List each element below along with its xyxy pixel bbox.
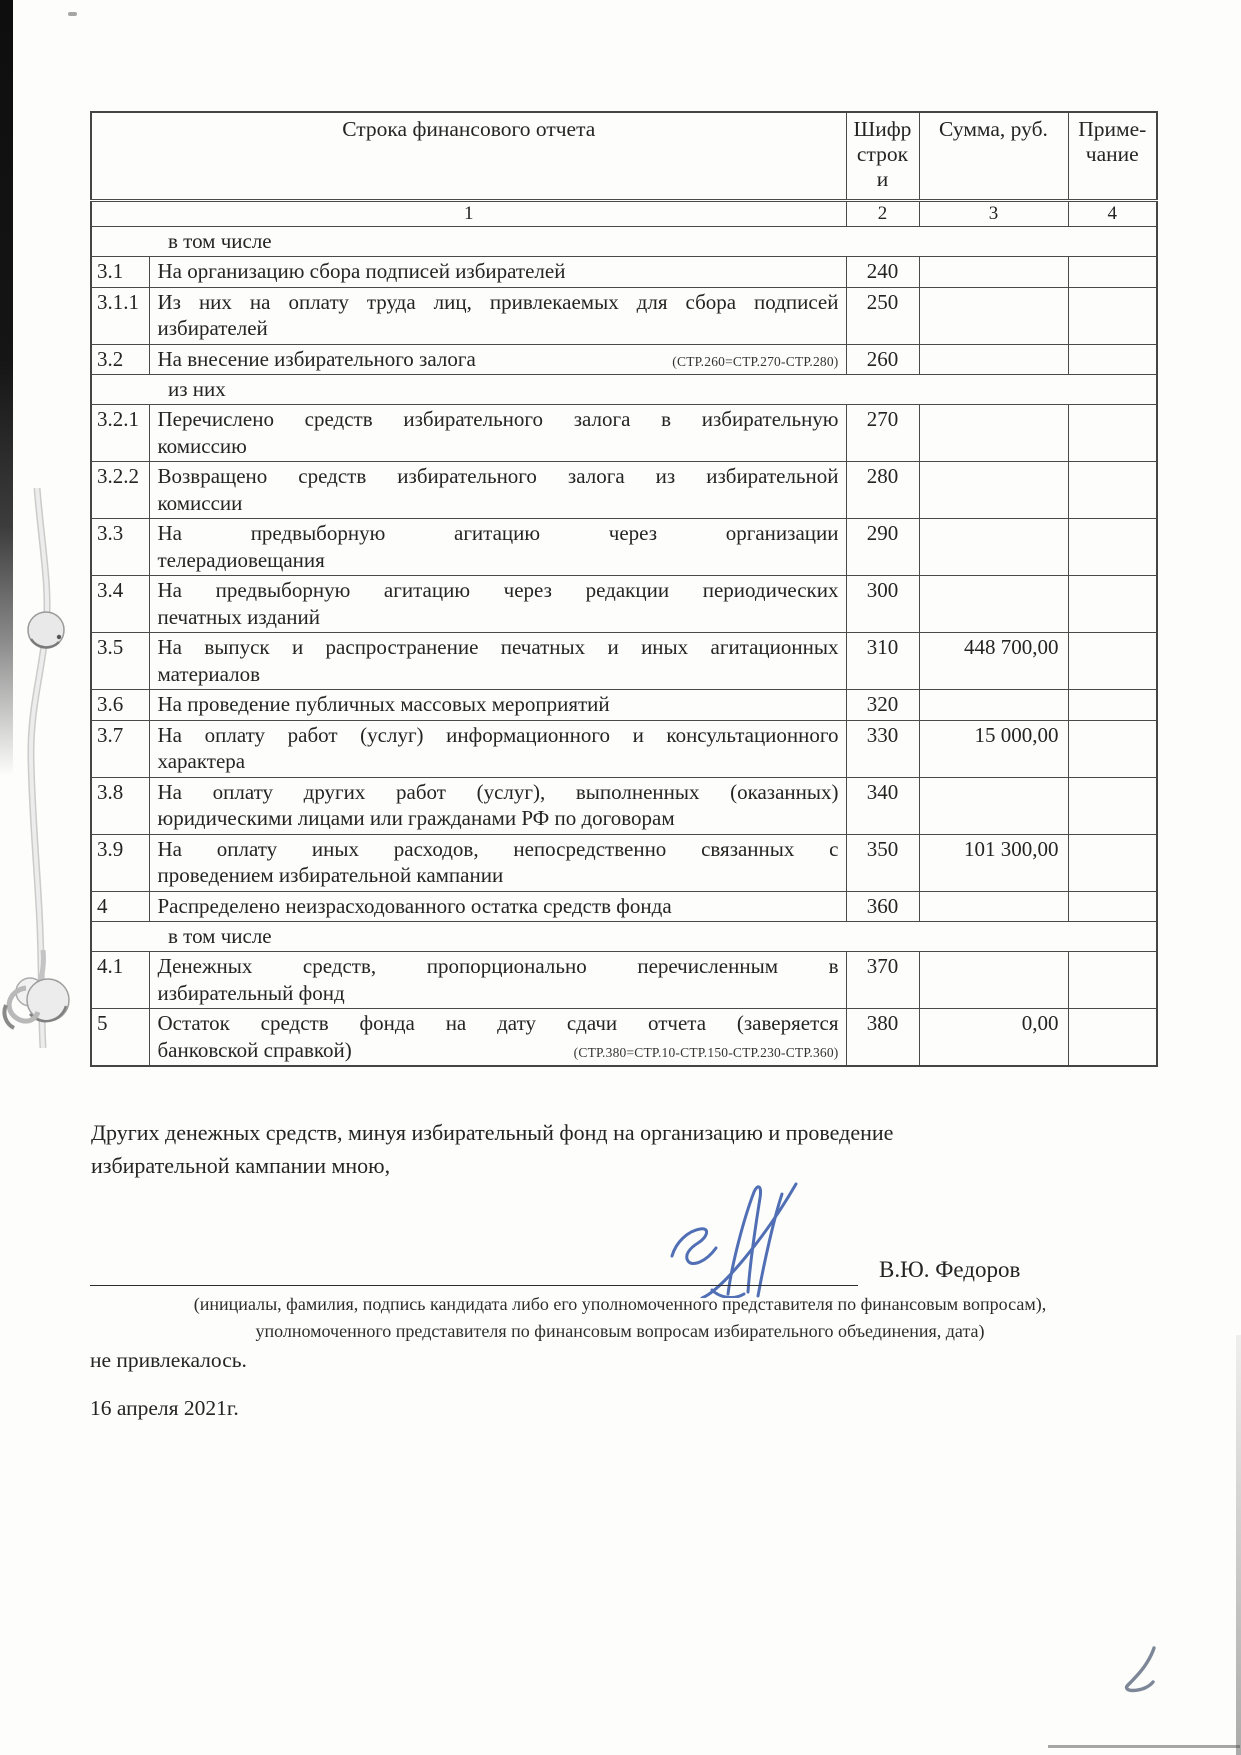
row-number: 3.4 — [91, 576, 149, 633]
row-description: На оплату работ (услуг) информационного … — [149, 720, 846, 777]
table-row: 3.2.2Возвращено средств избирательного з… — [91, 462, 1157, 519]
note-cell — [1068, 287, 1157, 344]
section-label: в том числе — [91, 227, 1157, 257]
header-note: Приме­чание — [1068, 112, 1157, 201]
row-text-line: Остаток средств фонда на дату сдачи отче… — [158, 1010, 839, 1037]
note-cell — [1068, 633, 1157, 690]
amount-value — [919, 952, 1068, 1009]
row-description: На внесение избирательного залога(СТР.26… — [149, 344, 846, 375]
note-cell — [1068, 405, 1157, 462]
line-code: 270 — [846, 405, 919, 462]
note-cell — [1068, 720, 1157, 777]
row-number: 3.1.1 — [91, 287, 149, 344]
row-text-line: Из них на оплату труда лиц, привлекаемых… — [158, 289, 839, 316]
note-cell — [1068, 257, 1157, 288]
note-cell — [1068, 344, 1157, 375]
row-description: На оплату иных расходов, непосредственно… — [149, 834, 846, 891]
closing-paragraph: Других денежных средств, минуя избирател… — [91, 1116, 1071, 1182]
row-text-line: избирателей — [158, 315, 839, 342]
row-number: 3.7 — [91, 720, 149, 777]
amount-value — [919, 405, 1068, 462]
line-code: 320 — [846, 690, 919, 721]
line-code: 260 — [846, 344, 919, 375]
scan-edge-right-strip — [1236, 1335, 1241, 1755]
amount-value — [919, 576, 1068, 633]
column-number: 3 — [919, 201, 1068, 227]
amount-value: 0,00 — [919, 1009, 1068, 1067]
amount-value: 15 000,00 — [919, 720, 1068, 777]
amount-value — [919, 344, 1068, 375]
header-report-line: Строка финансового отчета — [91, 112, 846, 201]
note-cell — [1068, 891, 1157, 922]
row-number: 3.6 — [91, 690, 149, 721]
amount-value — [919, 690, 1068, 721]
row-number: 3.1 — [91, 257, 149, 288]
header-line-code: Шифр строки — [846, 112, 919, 201]
row-number: 3.8 — [91, 777, 149, 834]
table-row: 3.1На организацию сбора подписей избират… — [91, 257, 1157, 288]
row-text-line: На проведение публичных массовых меропри… — [158, 691, 839, 718]
row-text-line: избирательный фонд — [158, 980, 839, 1007]
row-text-line: юридическими лицами или гражданами РФ по… — [158, 805, 839, 832]
row-description: Денежных средств, пропорционально перечи… — [149, 952, 846, 1009]
note-cell — [1068, 519, 1157, 576]
row-text-line: На выпуск и распространение печатных и и… — [158, 634, 839, 661]
scan-edge-bottom-line — [1048, 1745, 1240, 1748]
row-description: На оплату других работ (услуг), выполнен… — [149, 777, 846, 834]
table-section-row: в том числе — [91, 922, 1157, 952]
table-row: 3.7На оплату работ (услуг) информационно… — [91, 720, 1157, 777]
line-code: 290 — [846, 519, 919, 576]
conclusion-text: не привлекалось. — [90, 1348, 247, 1373]
formula-note: (СТР.260=СТР.270-СТР.280) — [672, 346, 838, 369]
row-text-line: На организацию сбора подписей избирателе… — [158, 258, 839, 285]
row-number: 3.2 — [91, 344, 149, 375]
formula-note: (СТР.380=СТР.10-СТР.150-СТР.230-СТР.360) — [574, 1037, 839, 1060]
row-text-line: комиссию — [158, 433, 839, 460]
table-row: 3.1.1Из них на оплату труда лиц, привлек… — [91, 287, 1157, 344]
row-text-line: На внесение избирательного залога(СТР.26… — [158, 346, 839, 373]
scan-speck — [68, 12, 77, 16]
table-section-row: из них — [91, 375, 1157, 405]
note-cell — [1068, 834, 1157, 891]
header-amount: Сумма, руб. — [919, 112, 1068, 201]
row-description: На организацию сбора подписей избирателе… — [149, 257, 846, 288]
table-row: 3.5На выпуск и распространение печатных … — [91, 633, 1157, 690]
signature-line — [90, 1285, 858, 1286]
row-number: 3.2.2 — [91, 462, 149, 519]
row-text-line: печатных изданий — [158, 604, 839, 631]
line-code: 360 — [846, 891, 919, 922]
column-number: 4 — [1068, 201, 1157, 227]
row-number: 3.2.1 — [91, 405, 149, 462]
note-cell — [1068, 952, 1157, 1009]
row-text-line: На предвыборную агитацию через организац… — [158, 520, 839, 547]
amount-value — [919, 777, 1068, 834]
line-code: 370 — [846, 952, 919, 1009]
row-number: 5 — [91, 1009, 149, 1067]
signature-ink — [650, 1178, 810, 1298]
column-numbers-row: 1 2 3 4 — [91, 201, 1157, 227]
note-cell — [1068, 690, 1157, 721]
binding-grommet — [28, 612, 64, 648]
line-code: 380 — [846, 1009, 919, 1067]
table-row: 3.8На оплату других работ (услуг), выпол… — [91, 777, 1157, 834]
financial-report-table: Строка финансового отчета Шифр строки Су… — [90, 111, 1158, 1067]
amount-value: 448 700,00 — [919, 633, 1068, 690]
row-text-line: Распределено неизрасходованного остатка … — [158, 893, 839, 920]
table-row: 3.2.1Перечислено средств избирательного … — [91, 405, 1157, 462]
signer-name: В.Ю. Федоров — [879, 1257, 1020, 1283]
row-text-line: На оплату работ (услуг) информационного … — [158, 722, 839, 749]
note-cell — [1068, 576, 1157, 633]
signature-caption-line2: уполномоченного представителя по финансо… — [60, 1321, 1180, 1342]
row-text-line: материалов — [158, 661, 839, 688]
table-header: Строка финансового отчета Шифр строки Су… — [91, 112, 1157, 227]
table-row: 3.4На предвыборную агитацию через редакц… — [91, 576, 1157, 633]
row-description: Перечислено средств избирательного залог… — [149, 405, 846, 462]
row-text-line: Денежных средств, пропорционально перечи… — [158, 953, 839, 980]
table-row: 3.9На оплату иных расходов, непосредстве… — [91, 834, 1157, 891]
table-row: 4.1Денежных средств, пропорционально пер… — [91, 952, 1157, 1009]
paragraph-line: избирательной кампании мною, — [91, 1149, 1071, 1182]
row-text-line: Возвращено средств избирательного залога… — [158, 463, 839, 490]
row-description: На проведение публичных массовых меропри… — [149, 690, 846, 721]
row-number: 3.5 — [91, 633, 149, 690]
row-text-line: банковской справкой)(СТР.380=СТР.10-СТР.… — [158, 1037, 839, 1064]
table-body: в том числе3.1На организацию сбора подпи… — [91, 227, 1157, 1067]
table-section-row: в том числе — [91, 227, 1157, 257]
amount-value — [919, 287, 1068, 344]
row-number: 3.3 — [91, 519, 149, 576]
amount-value — [919, 891, 1068, 922]
row-description: На предвыборную агитацию через редакции … — [149, 576, 846, 633]
table-row: 3.2На внесение избирательного залога(СТР… — [91, 344, 1157, 375]
row-description: На выпуск и распространение печатных и и… — [149, 633, 846, 690]
row-number: 4.1 — [91, 952, 149, 1009]
section-label: в том числе — [91, 922, 1157, 952]
row-text-line: На предвыборную агитацию через редакции … — [158, 577, 839, 604]
row-description: Из них на оплату труда лиц, привлекаемых… — [149, 287, 846, 344]
note-cell — [1068, 462, 1157, 519]
amount-value — [919, 462, 1068, 519]
row-number: 3.9 — [91, 834, 149, 891]
signature-caption-line1: (инициалы, фамилия, подпись кандидата ли… — [60, 1294, 1180, 1315]
note-cell — [1068, 1009, 1157, 1067]
row-text-line: Перечислено средств избирательного залог… — [158, 406, 839, 433]
row-description: На предвыборную агитацию через организац… — [149, 519, 846, 576]
handwritten-page-mark — [1112, 1642, 1172, 1697]
line-code: 350 — [846, 834, 919, 891]
table-row: 4Распределено неизрасходованного остатка… — [91, 891, 1157, 922]
column-number: 1 — [91, 201, 846, 227]
amount-value — [919, 257, 1068, 288]
row-number: 4 — [91, 891, 149, 922]
table-row: 5Остаток средств фонда на дату сдачи отч… — [91, 1009, 1157, 1067]
row-description: Возвращено средств избирательного залога… — [149, 462, 846, 519]
column-number: 2 — [846, 201, 919, 227]
row-text-line: характера — [158, 748, 839, 775]
line-code: 310 — [846, 633, 919, 690]
row-description: Распределено неизрасходованного остатка … — [149, 891, 846, 922]
line-code: 330 — [846, 720, 919, 777]
row-text-line: На оплату других работ (услуг), выполнен… — [158, 779, 839, 806]
amount-value: 101 300,00 — [919, 834, 1068, 891]
header-row: Строка финансового отчета Шифр строки Су… — [91, 112, 1157, 201]
line-code: 340 — [846, 777, 919, 834]
line-code: 250 — [846, 287, 919, 344]
scanned-financial-report-page: Строка финансового отчета Шифр строки Су… — [0, 0, 1241, 1755]
row-text-line: комиссии — [158, 490, 839, 517]
row-text-line: телерадиовещания — [158, 547, 839, 574]
row-description: Остаток средств фонда на дату сдачи отче… — [149, 1009, 846, 1067]
amount-value — [919, 519, 1068, 576]
table-row: 3.6На проведение публичных массовых меро… — [91, 690, 1157, 721]
row-text-line: На оплату иных расходов, непосредственно… — [158, 836, 839, 863]
line-code: 280 — [846, 462, 919, 519]
table-row: 3.3На предвыборную агитацию через органи… — [91, 519, 1157, 576]
line-code: 240 — [846, 257, 919, 288]
section-label: из них — [91, 375, 1157, 405]
line-code: 300 — [846, 576, 919, 633]
note-cell — [1068, 777, 1157, 834]
report-date: 16 апреля 2021г. — [90, 1396, 239, 1421]
paragraph-line: Других денежных средств, минуя избирател… — [91, 1116, 1071, 1149]
row-text-line: проведением избирательной кампании — [158, 862, 839, 889]
